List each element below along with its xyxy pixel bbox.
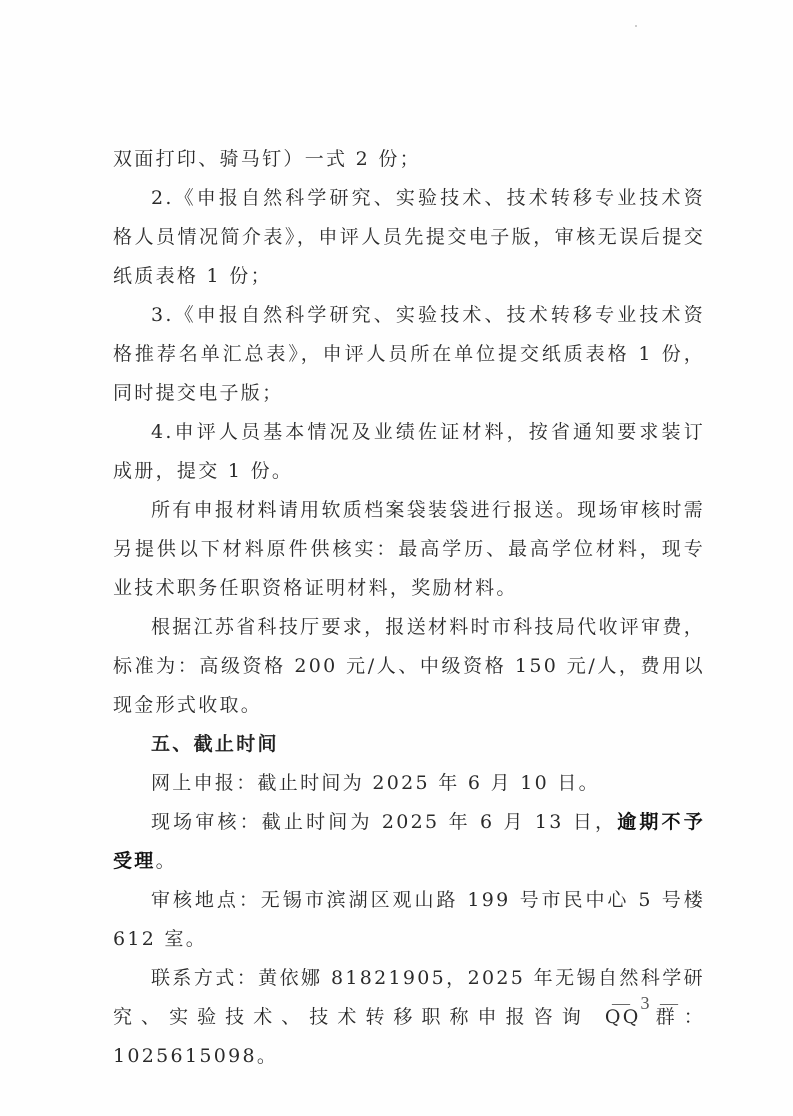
paragraph-item-4: 4.申评人员基本情况及业绩佐证材料，按省通知要求装订成册，提交 1 份。 <box>113 413 705 491</box>
review-location: 审核地点：无锡市滨湖区观山路 199 号市民中心 5 号楼 612 室。 <box>113 881 705 959</box>
paragraph-continuation: 双面打印、骑马钉）一式 2 份； <box>113 140 705 179</box>
deadline-onsite: 现场审核：截止时间为 2025 年 6 月 13 日，逾期不予受理。 <box>113 803 705 881</box>
deadline-onsite-text: 现场审核：截止时间为 2025 年 6 月 13 日， <box>151 811 617 833</box>
contact-info: 联系方式：黄依娜 81821905，2025 年无锡自然科学研究、实验技术、技术… <box>113 959 705 1076</box>
paragraph-fee-note: 根据江苏省科技厅要求，报送材料时市科技局代收评审费，标准为：高级资格 200 元… <box>113 608 705 725</box>
deadline-onsite-end: 。 <box>156 850 177 872</box>
section-heading-deadline: 五、截止时间 <box>113 725 705 764</box>
paragraph-item-3: 3.《申报自然科学研究、实验技术、技术转移专业技术资格推荐名单汇总表》，申评人员… <box>113 296 705 413</box>
scan-speck <box>635 25 637 27</box>
paragraph-item-2: 2.《申报自然科学研究、实验技术、技术转移专业技术资格人员情况简介表》，申评人员… <box>113 179 705 296</box>
document-body: 双面打印、骑马钉）一式 2 份； 2.《申报自然科学研究、实验技术、技术转移专业… <box>113 140 705 1076</box>
deadline-online: 网上申报：截止时间为 2025 年 6 月 10 日。 <box>113 764 705 803</box>
document-page: 双面打印、骑马钉）一式 2 份； 2.《申报自然科学研究、实验技术、技术转移专业… <box>0 0 793 1116</box>
page-number: — 3 — <box>612 993 681 1014</box>
paragraph-materials-note: 所有申报材料请用软质档案袋装袋进行报送。现场审核时需另提供以下材料原件供核实：最… <box>113 491 705 608</box>
